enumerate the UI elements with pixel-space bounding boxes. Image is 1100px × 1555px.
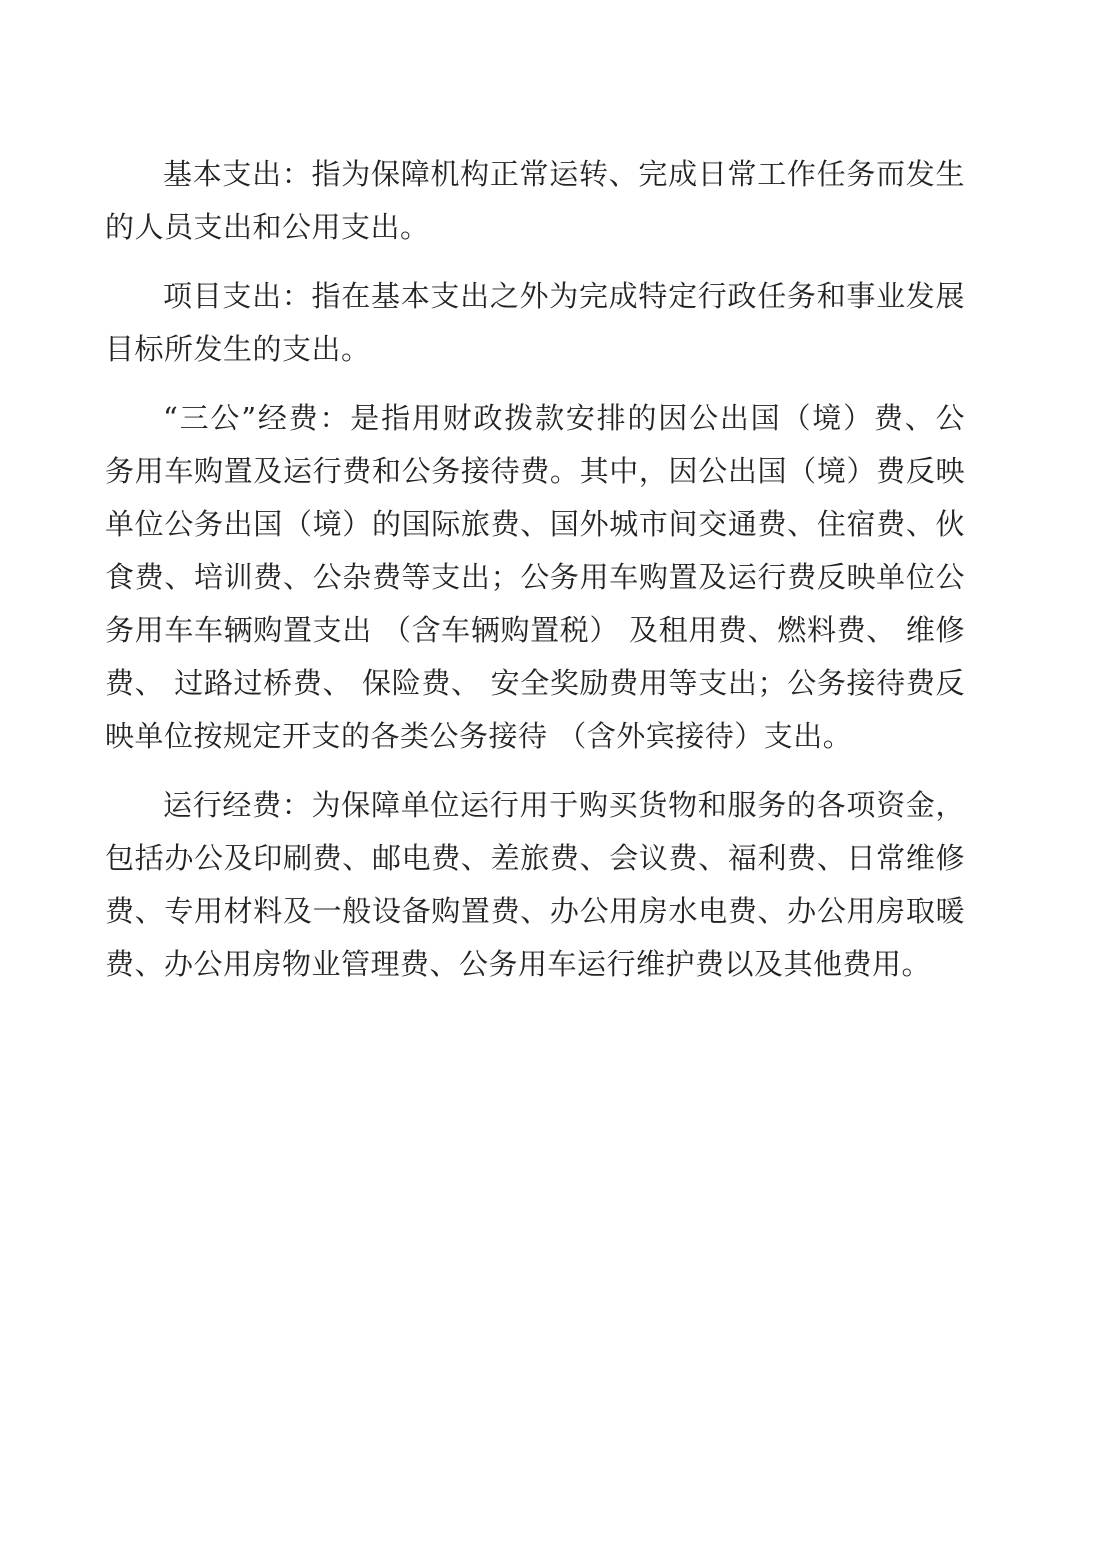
text-line: 费、办公用房物业管理费、公务用车运行维护费以及其他费用。 [105, 938, 965, 991]
text-line: 映单位按规定开支的各类公务接待 （含外宾接待）支出。 [105, 710, 965, 763]
paragraph-three-public-funds: “三公”经费：是指用财政拨款安排的因公出国（境）费、公 务用车购置及运行费和公务… [105, 392, 965, 763]
text-line: 务用车购置及运行费和公务接待费。其中，因公出国（境）费反映 [105, 445, 965, 498]
text-line: 费、专用材料及一般设备购置费、办公用房水电费、办公用房取暖 [105, 885, 965, 938]
text-line: 目标所发生的支出。 [105, 323, 965, 376]
document-page: 基本支出：指为保障机构正常运转、完成日常工作任务而发生 的人员支出和公用支出。 … [0, 0, 1100, 1555]
paragraph-project-expenditure: 项目支出：指在基本支出之外为完成特定行政任务和事业发展 目标所发生的支出。 [105, 270, 965, 376]
text-line: 包括办公及印刷费、邮电费、差旅费、会议费、福利费、日常维修 [105, 832, 965, 885]
text-line: 务用车车辆购置支出 （含车辆购置税） 及租用费、燃料费、 维修 [105, 604, 965, 657]
text-line: 单位公务出国（境）的国际旅费、国外城市间交通费、住宿费、伙 [105, 498, 965, 551]
text-line: 食费、培训费、公杂费等支出；公务用车购置及运行费反映单位公 [105, 551, 965, 604]
paragraph-basic-expenditure: 基本支出：指为保障机构正常运转、完成日常工作任务而发生 的人员支出和公用支出。 [105, 148, 965, 254]
text-line: 运行经费：为保障单位运行用于购买货物和服务的各项资金， [105, 779, 965, 832]
paragraph-operating-funds: 运行经费：为保障单位运行用于购买货物和服务的各项资金， 包括办公及印刷费、邮电费… [105, 779, 965, 991]
text-line: 基本支出：指为保障机构正常运转、完成日常工作任务而发生 [105, 148, 965, 201]
text-line: 项目支出：指在基本支出之外为完成特定行政任务和事业发展 [105, 270, 965, 323]
text-line: 的人员支出和公用支出。 [105, 201, 965, 254]
document-body: 基本支出：指为保障机构正常运转、完成日常工作任务而发生 的人员支出和公用支出。 … [105, 148, 965, 1007]
text-line: “三公”经费：是指用财政拨款安排的因公出国（境）费、公 [105, 392, 965, 445]
text-line: 费、 过路过桥费、 保险费、 安全奖励费用等支出；公务接待费反 [105, 657, 965, 710]
